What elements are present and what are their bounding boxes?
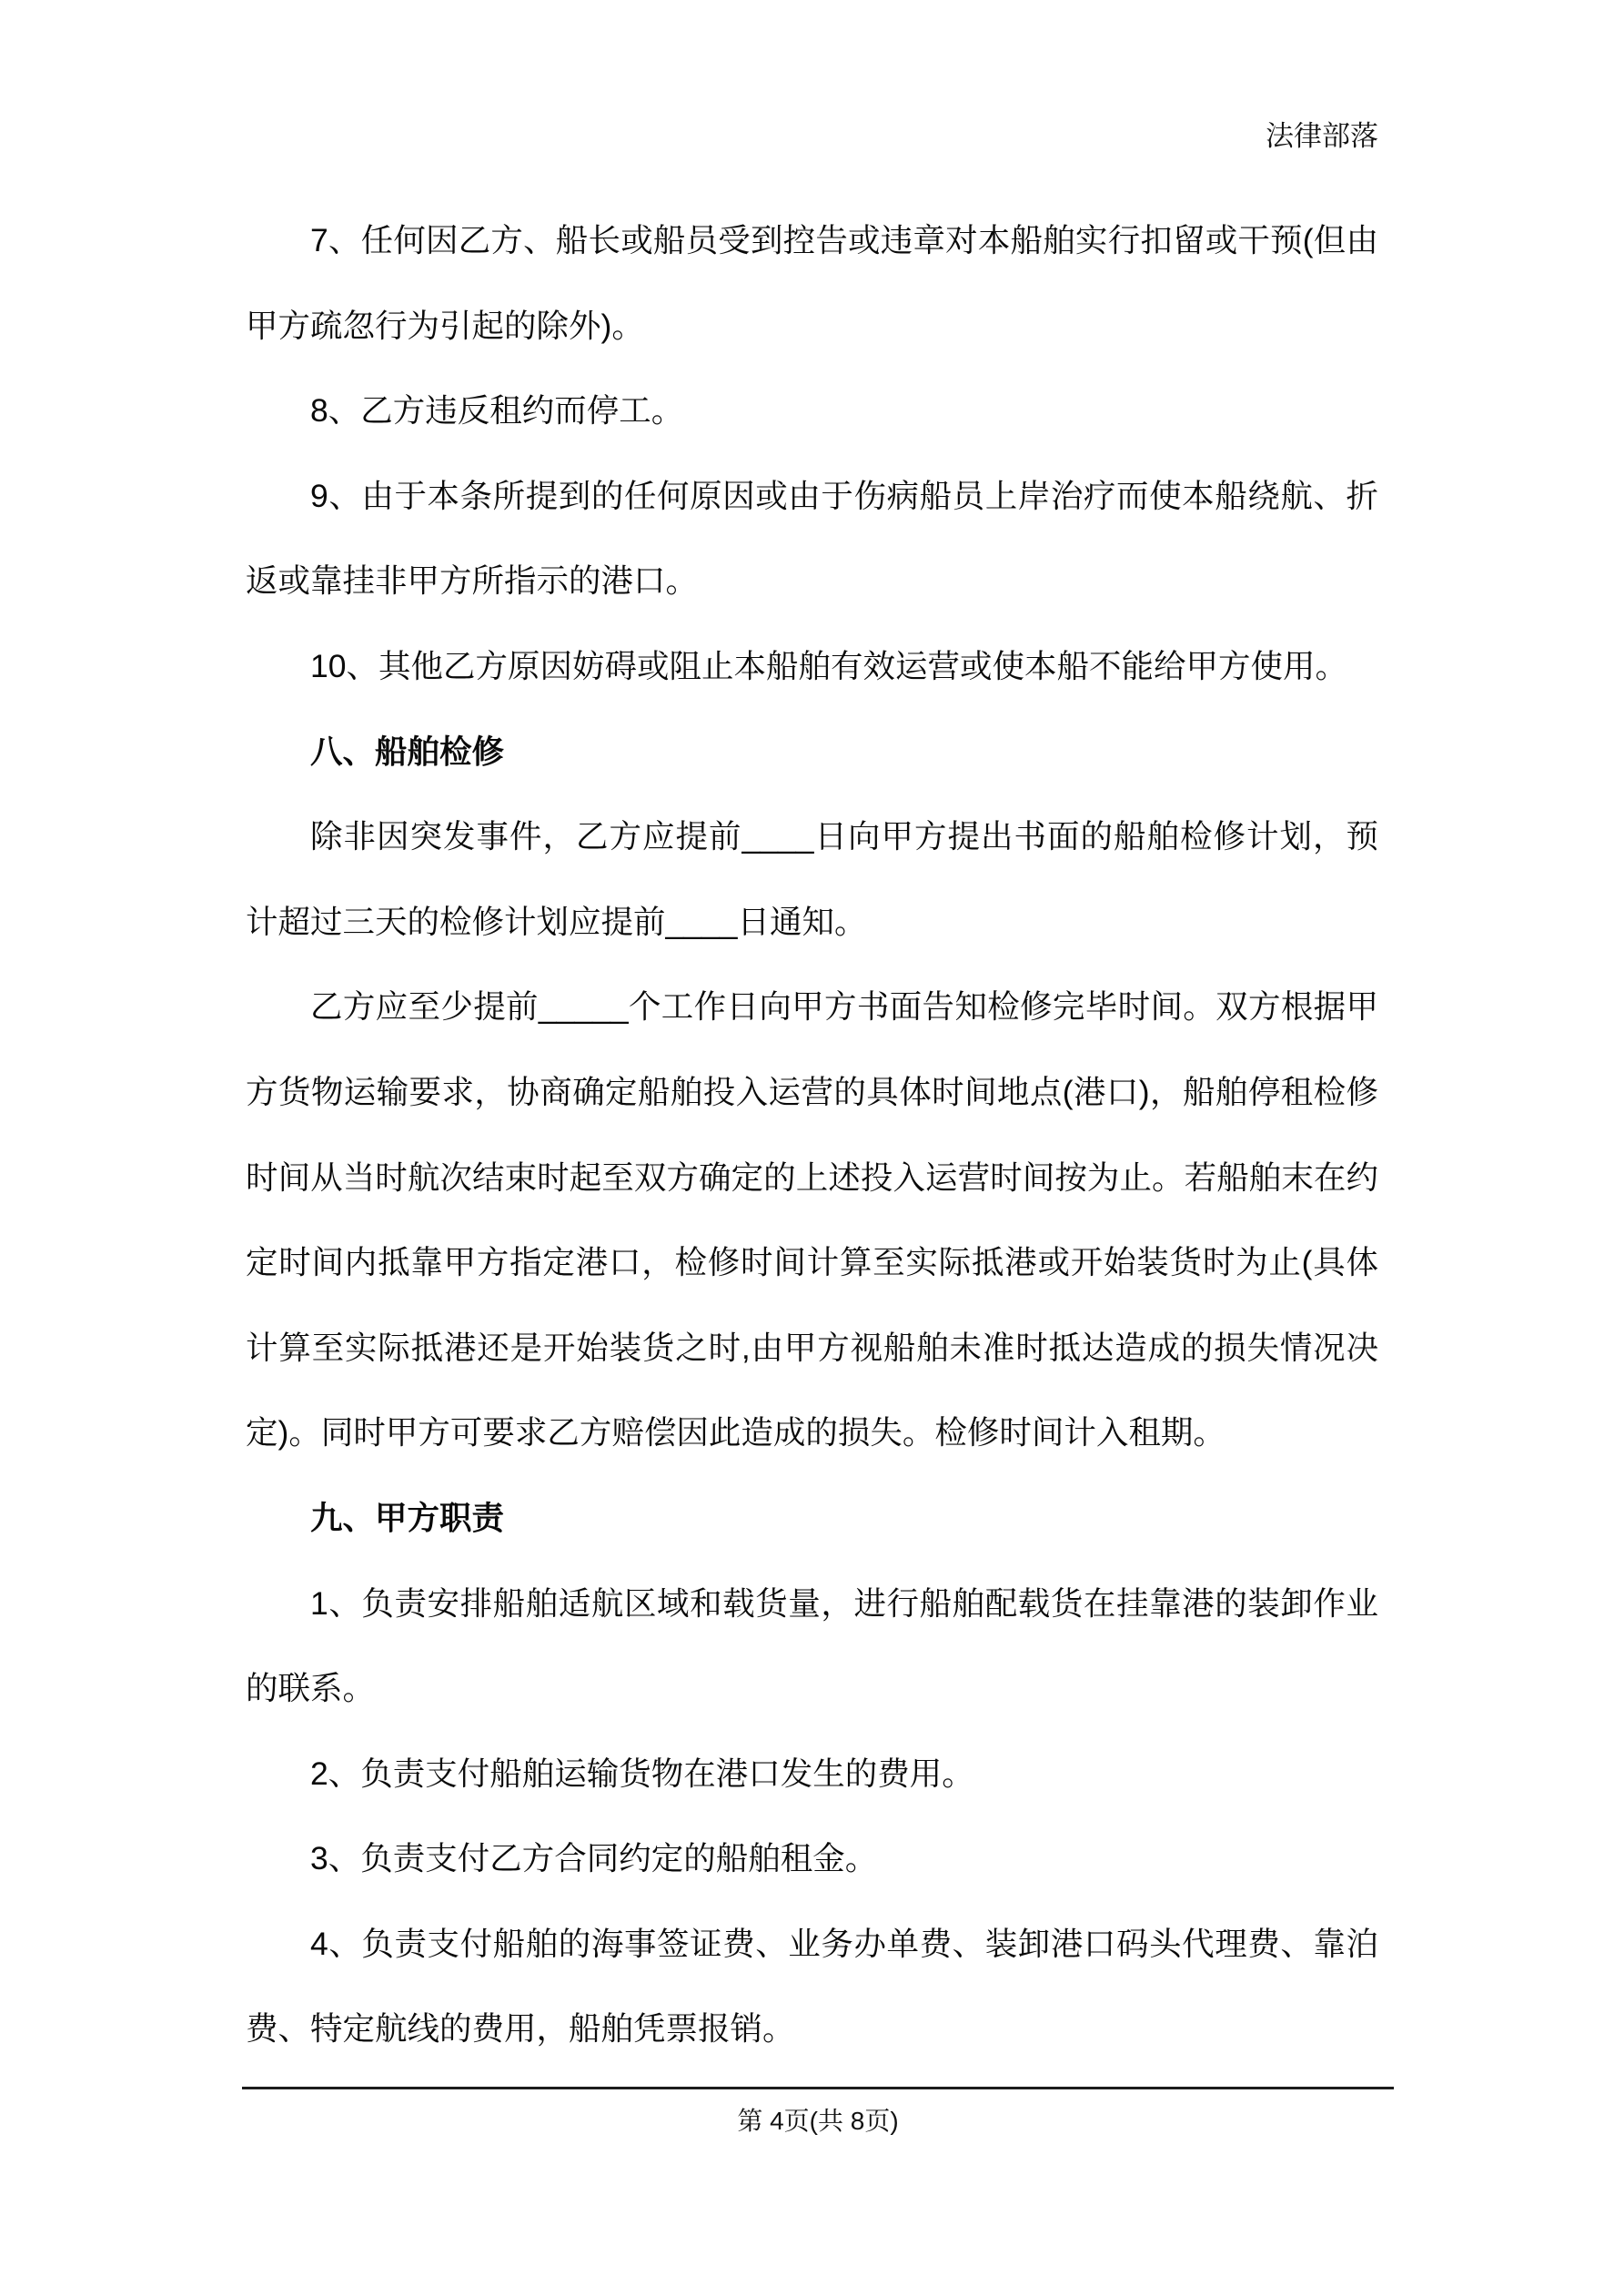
paragraph-maintenance-schedule: 乙方应至少提前_____个工作日向甲方书面告知检修完毕时间。双方根据甲方货物运输… <box>246 965 1378 1476</box>
page-number: 第 4页(共 8页) <box>242 2106 1394 2137</box>
contract-body: 7、任何因乙方、船长或船员受到控告或违章对本船舶实行扣留或干预(但由甲方疏忽行为… <box>246 198 1378 2072</box>
paragraph-clause-9: 9、由于本条所提到的任何原因或由于伤病船员上岸治疗而使本船绕航、折返或靠挂非甲方… <box>246 454 1378 624</box>
site-watermark: 法律部落 <box>1266 119 1378 154</box>
paragraph-duty-1: 1、负责安排船舶适航区域和载货量，进行船舶配载货在挂靠港的装卸作业的联系。 <box>246 1562 1378 1732</box>
contract-page: 法律部落 7、任何因乙方、船长或船员受到控告或违章对本船舶实行扣留或干预(但由甲… <box>0 0 1624 2296</box>
paragraph-duty-2: 2、负责支付船舶运输货物在港口发生的费用。 <box>246 1732 1378 1817</box>
heading-section-8-ship-maintenance: 八、船舶检修 <box>246 710 1378 795</box>
paragraph-clause-10: 10、其他乙方原因妨碍或阻止本船舶有效运营或使本船不能给甲方使用。 <box>246 624 1378 710</box>
footer-divider <box>242 2087 1394 2089</box>
paragraph-clause-8: 8、乙方违反租约而停工。 <box>246 369 1378 454</box>
paragraph-duty-4: 4、负责支付船舶的海事签证费、业务办单费、装卸港口码头代理费、靠泊费、特定航线的… <box>246 1902 1378 2072</box>
paragraph-maintenance-notice: 除非因突发事件，乙方应提前____日向甲方提出书面的船舶检修计划，预计超过三天的… <box>246 794 1378 965</box>
paragraph-clause-7: 7、任何因乙方、船长或船员受到控告或违章对本船舶实行扣留或干预(但由甲方疏忽行为… <box>246 198 1378 369</box>
paragraph-duty-3: 3、负责支付乙方合同约定的船舶租金。 <box>246 1816 1378 1902</box>
heading-section-9-party-a-duties: 九、甲方职责 <box>246 1476 1378 1562</box>
